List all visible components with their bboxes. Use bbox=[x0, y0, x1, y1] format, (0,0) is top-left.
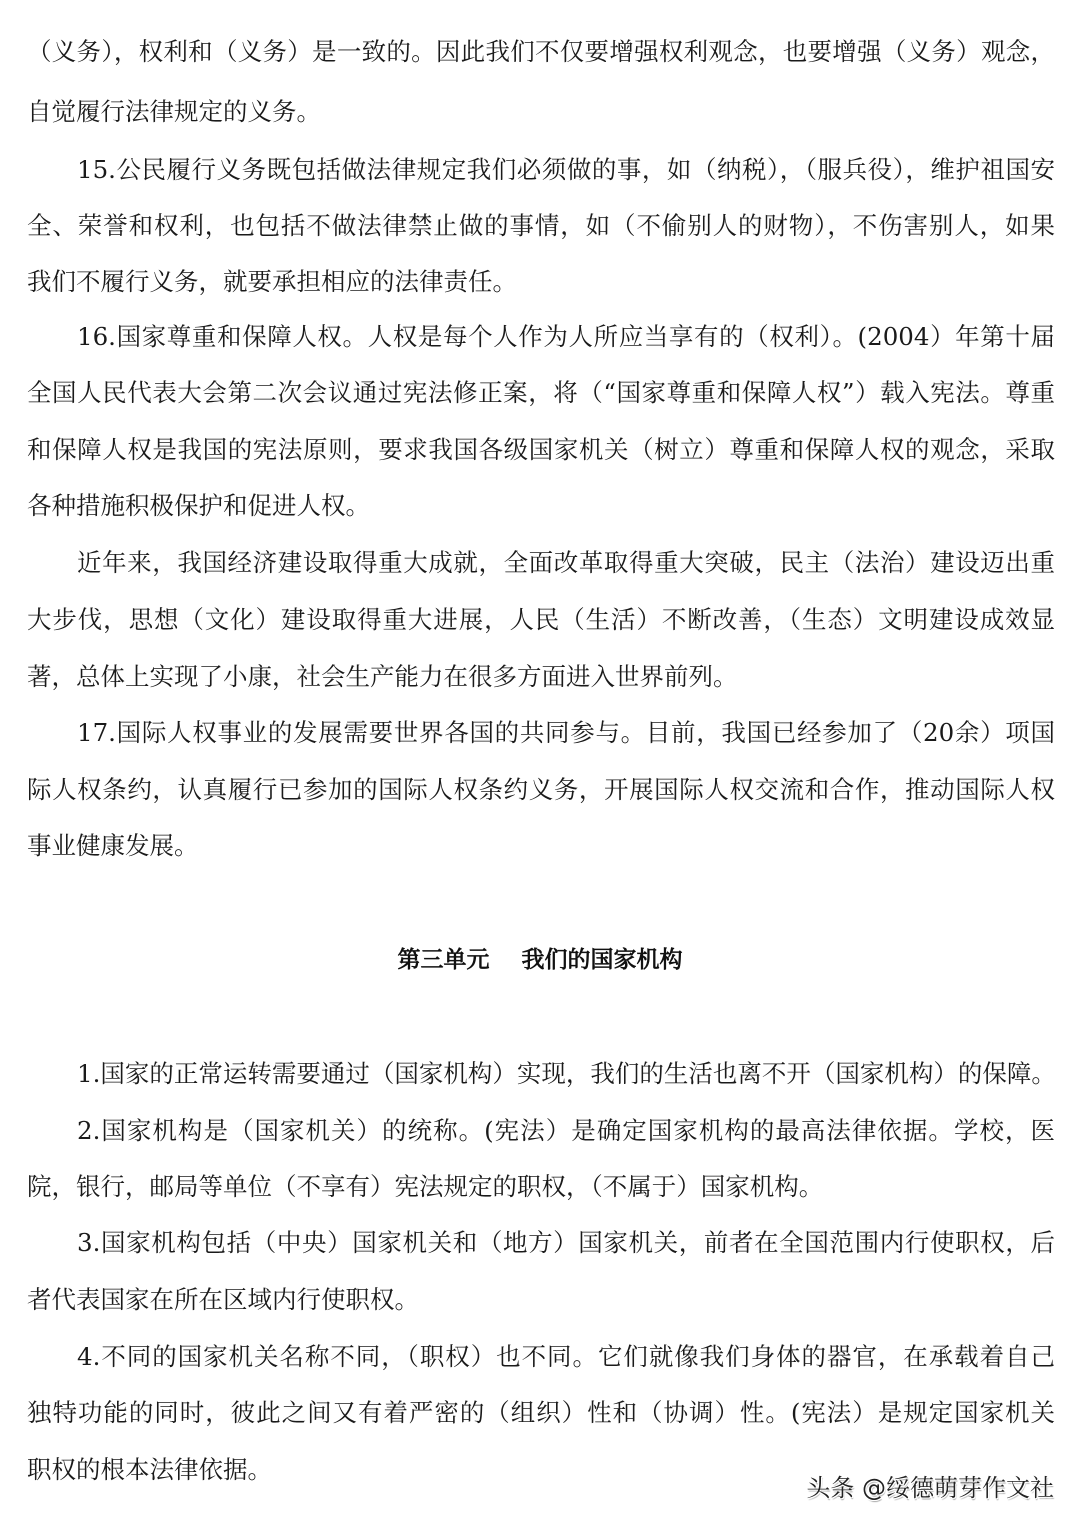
recent-years-line-3: 著，总体上实现了小康，社会生产能力在很多方面进入世界前列。 bbox=[27, 657, 1055, 697]
item-16-line-4: 各种措施积极保护和促进人权。 bbox=[27, 486, 1055, 526]
unit3-item-2-line-2: 院，银行，邮局等单位（不享有）宪法规定的职权，（不属于）国家机构。 bbox=[27, 1167, 1055, 1207]
item-15-line-3: 我们不履行义务，就要承担相应的法律责任。 bbox=[27, 262, 1055, 302]
recent-years-line-2: 大步伐，思想（文化）建设取得重大进展，人民（生活）不断改善，（生态）文明建设成效… bbox=[27, 600, 1055, 640]
item-17-line-2: 际人权条约，认真履行已参加的国际人权条约义务，开展国际人权交流和合作，推动国际人… bbox=[27, 770, 1055, 810]
item-16-line-3: 和保障人权是我国的宪法原则，要求我国各级国家机关（树立）尊重和保障人权的观念，采… bbox=[27, 430, 1055, 470]
document-page: （义务），权利和（义务）是一致的。因此我们不仅要增强权利观念，也要增强（义务）观… bbox=[0, 0, 1080, 1527]
item-16-line-1: 16.国家尊重和保障人权。人权是每个人作为人所应当享有的（权利）。(2004）年… bbox=[77, 317, 1055, 357]
paragraph-duties-line-1: （义务），权利和（义务）是一致的。因此我们不仅要增强权利观念，也要增强（义务）观… bbox=[27, 32, 1055, 72]
paragraph-duties-line-2: 自觉履行法律规定的义务。 bbox=[27, 92, 1055, 132]
item-17-line-3: 事业健康发展。 bbox=[27, 826, 1055, 866]
item-15-line-2: 全、荣誉和权利，也包括不做法律禁止做的事情，如（不偷别人的财物），不伤害别人，如… bbox=[27, 206, 1055, 246]
unit3-item-2-line-1: 2.国家机构是（国家机关）的统称。(宪法）是确定国家机构的最高法律依据。学校，医 bbox=[77, 1111, 1055, 1151]
unit3-item-3-line-1: 3.国家机构包括（中央）国家机关和（地方）国家机关，前者在全国范围内行使职权，后 bbox=[77, 1223, 1055, 1263]
recent-years-line-1: 近年来，我国经济建设取得重大成就，全面改革取得重大突破，民主（法治）建设迈出重 bbox=[77, 543, 1055, 583]
unit3-item-4-line-2: 独特功能的同时，彼此之间又有着严密的（组织）性和（协调）性。(宪法）是规定国家机… bbox=[27, 1393, 1055, 1433]
source-watermark: 头条 @绥德萌芽作文社 bbox=[806, 1470, 1054, 1506]
item-17-line-1: 17.国际人权事业的发展需要世界各国的共同参与。目前，我国已经参加了（20余）项… bbox=[77, 713, 1055, 753]
unit3-item-3-line-2: 者代表国家在所在区域内行使职权。 bbox=[27, 1280, 1055, 1320]
unit-heading: 第三单元 我们的国家机构 bbox=[0, 940, 1080, 980]
item-16-line-2: 全国人民代表大会第二次会议通过宪法修正案，将（“国家尊重和保障人权”）载入宪法。… bbox=[27, 373, 1055, 413]
unit3-item-1-line-1: 1.国家的正常运转需要通过（国家机构）实现，我们的生活也离不开（国家机构）的保障… bbox=[77, 1054, 1055, 1094]
unit3-item-4-line-1: 4.不同的国家机关名称不同，（职权）也不同。它们就像我们身体的器官，在承载着自己 bbox=[77, 1337, 1055, 1377]
item-15-line-1: 15.公民履行义务既包括做法律规定我们必须做的事，如（纳税），（服兵役），维护祖… bbox=[77, 150, 1055, 190]
